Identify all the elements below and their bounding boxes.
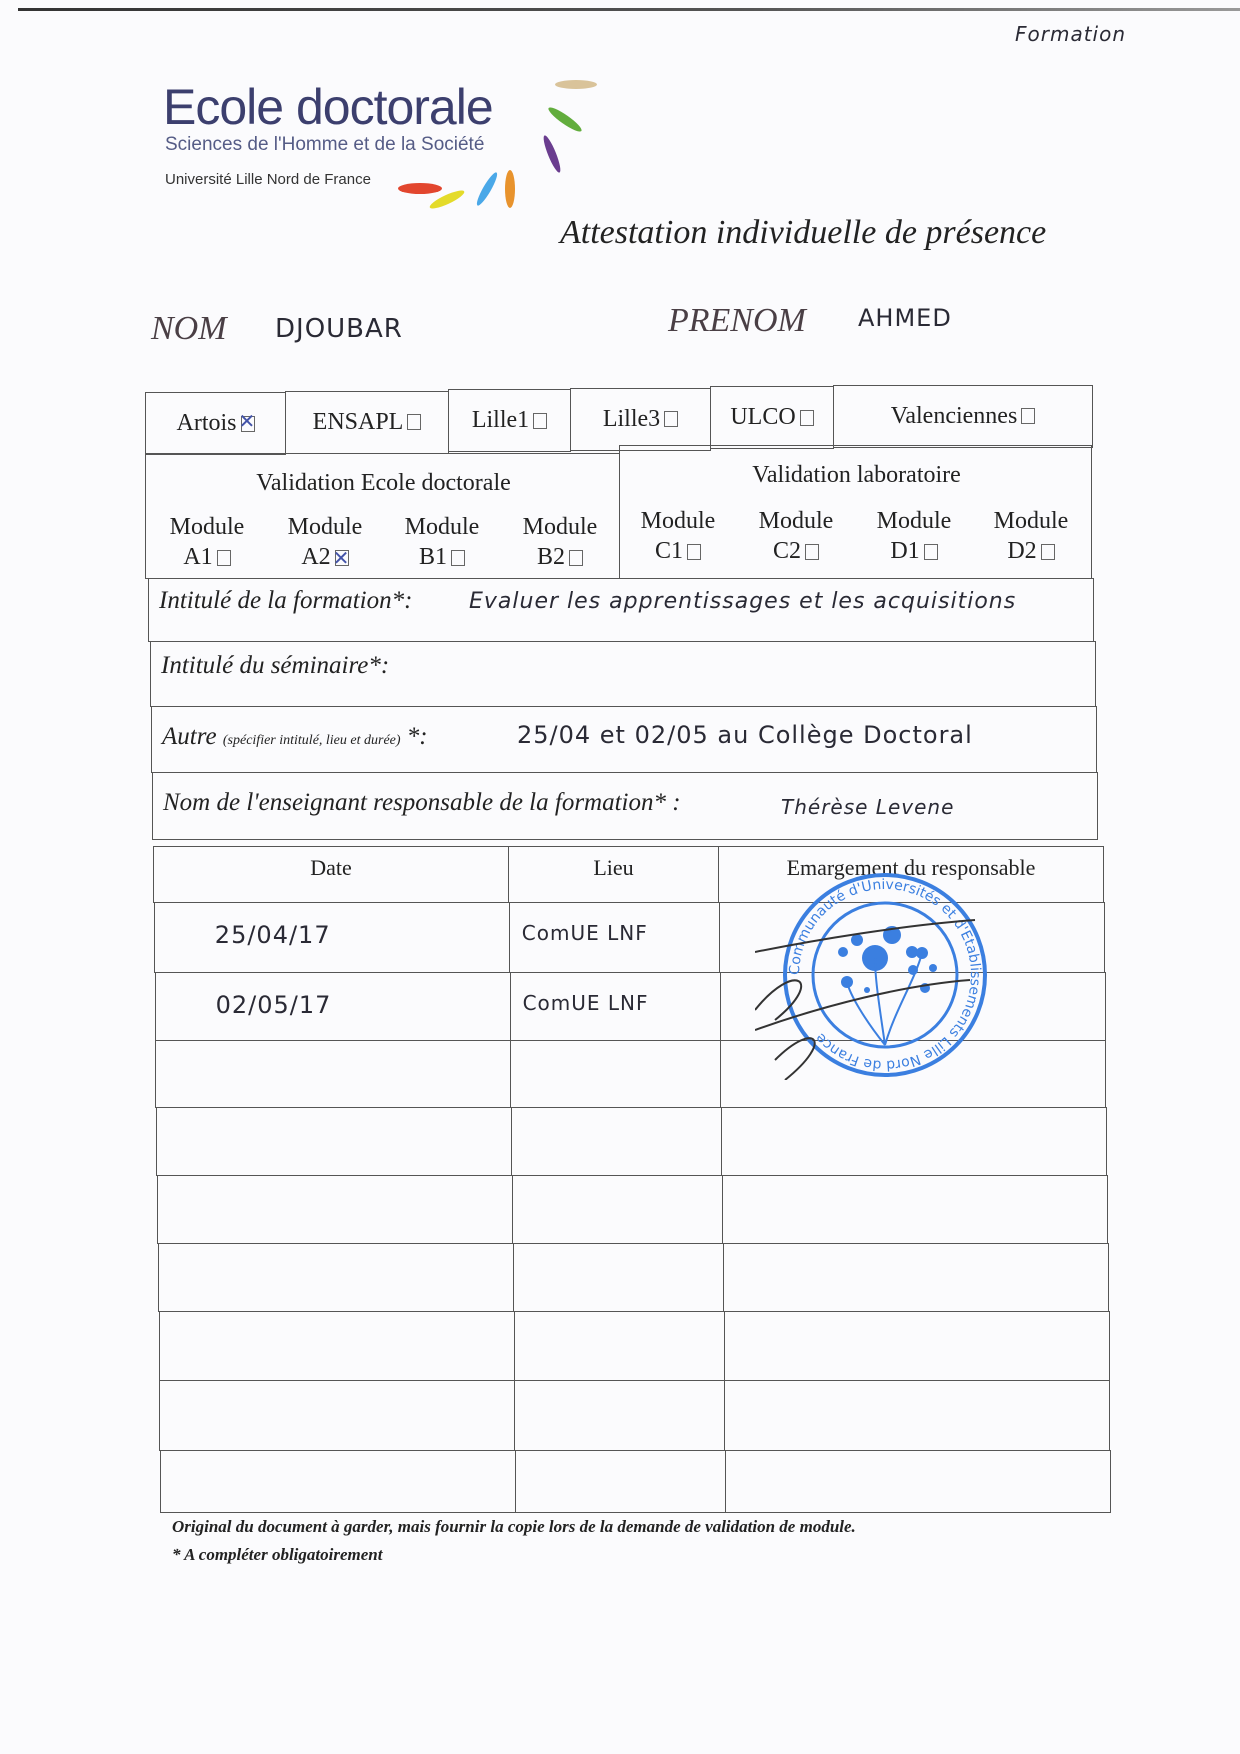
document-title: Attestation individuelle de présence bbox=[560, 214, 1046, 252]
logo-subtitle: Sciences de l'Homme et de la Société bbox=[165, 134, 484, 156]
university-label: Lille3 bbox=[603, 406, 660, 433]
module-code: D2 bbox=[1007, 538, 1036, 564]
attendance-sign-cell[interactable] bbox=[723, 1243, 1109, 1312]
attendance-date: 02/05/17 bbox=[216, 991, 332, 1019]
university-label: Artois bbox=[177, 410, 237, 437]
attendance-sign-cell[interactable] bbox=[724, 1380, 1110, 1451]
attendance-sign-cell[interactable] bbox=[725, 1450, 1111, 1513]
formation-value[interactable]: Evaluer les apprentissages et les acquis… bbox=[469, 589, 1016, 614]
module-word: Module bbox=[392, 512, 492, 542]
module-word: Module bbox=[510, 512, 610, 542]
checkbox[interactable] bbox=[687, 544, 701, 560]
attendance-lieu-cell[interactable]: ComUE LNF bbox=[509, 902, 720, 973]
formation-row: Intitulé de la formation*: Evaluer les a… bbox=[148, 578, 1094, 642]
checkbox[interactable] bbox=[1041, 544, 1055, 560]
attendance-sign-cell[interactable] bbox=[721, 1107, 1107, 1176]
university-label: ULCO bbox=[730, 404, 795, 431]
attendance-lieu: ComUE LNF bbox=[522, 921, 648, 945]
checkbox[interactable] bbox=[335, 550, 349, 566]
university-option-lille3[interactable]: Lille3 bbox=[570, 388, 711, 451]
attendance-lieu-cell[interactable] bbox=[514, 1311, 725, 1381]
seminaire-row: Intitulé du séminaire*: bbox=[150, 641, 1096, 707]
attendance-lieu-cell[interactable] bbox=[513, 1243, 724, 1312]
attendance-lieu: ComUE LNF bbox=[523, 991, 649, 1015]
attendance-lieu-cell[interactable] bbox=[510, 1040, 721, 1108]
module-b1[interactable]: ModuleB1 bbox=[392, 512, 492, 572]
module-code: B2 bbox=[537, 544, 565, 570]
scan-edge bbox=[18, 8, 1240, 11]
attendance-lieu-cell[interactable] bbox=[514, 1380, 725, 1451]
attendance-header-0: Date bbox=[153, 846, 509, 903]
university-option-ulco[interactable]: ULCO bbox=[710, 386, 834, 449]
checkbox[interactable] bbox=[217, 550, 231, 566]
validation-labo-label: Validation laboratoire bbox=[620, 462, 1093, 489]
module-b2[interactable]: ModuleB2 bbox=[510, 512, 610, 572]
attendance-lieu-cell[interactable] bbox=[515, 1450, 726, 1513]
module-word: Module bbox=[746, 506, 846, 536]
footer-note: Original du document à garder, mais four… bbox=[172, 1517, 856, 1537]
attendance-date-cell[interactable]: 02/05/17 bbox=[155, 972, 511, 1041]
attendance-date-cell[interactable]: 25/04/17 bbox=[154, 902, 510, 973]
footer-required-note: * A compléter obligatoirement bbox=[172, 1545, 382, 1565]
checkbox[interactable] bbox=[451, 550, 465, 566]
attendance-date: 25/04/17 bbox=[215, 921, 331, 949]
module-d2[interactable]: ModuleD2 bbox=[981, 506, 1081, 566]
attendance-date-cell[interactable] bbox=[156, 1107, 512, 1176]
module-word: Module bbox=[628, 506, 728, 536]
attendance-sign-cell[interactable] bbox=[724, 1311, 1110, 1381]
attendance-lieu-cell[interactable] bbox=[512, 1175, 723, 1244]
attendance-lieu-cell[interactable] bbox=[511, 1107, 722, 1176]
attendance-date-cell[interactable] bbox=[159, 1380, 515, 1451]
module-word: Module bbox=[864, 506, 964, 536]
prenom-value[interactable]: AHMED bbox=[858, 304, 952, 332]
university-option-ensapl[interactable]: ENSAPL bbox=[285, 391, 449, 454]
checkbox[interactable] bbox=[241, 416, 255, 432]
attendance-date-cell[interactable] bbox=[155, 1040, 511, 1108]
autre-hint: (spécifier intitulé, lieu et durée) bbox=[223, 733, 401, 748]
module-a2[interactable]: ModuleA2 bbox=[275, 512, 375, 572]
university-option-valenciennes[interactable]: Valenciennes bbox=[833, 385, 1093, 448]
university-option-artois[interactable]: Artois bbox=[145, 392, 286, 455]
attendance-sign-cell[interactable] bbox=[722, 1175, 1108, 1244]
enseignant-label: Nom de l'enseignant responsable de la fo… bbox=[163, 789, 681, 817]
formation-label: Intitulé de la formation*: bbox=[159, 587, 412, 615]
stamp-icon: Communauté d'Universités et d'Etablissem… bbox=[755, 870, 1015, 1080]
module-c2[interactable]: ModuleC2 bbox=[746, 506, 846, 566]
attendance-header-1: Lieu bbox=[508, 846, 719, 903]
autre-row: Autre (spécifier intitulé, lieu et durée… bbox=[151, 706, 1097, 773]
checkbox[interactable] bbox=[1021, 408, 1035, 424]
university-label: Lille1 bbox=[472, 407, 529, 434]
attendance-date-cell[interactable] bbox=[158, 1243, 514, 1312]
attendance-date-cell[interactable] bbox=[160, 1450, 516, 1513]
logo-university: Université Lille Nord de France bbox=[165, 171, 371, 188]
module-c1[interactable]: ModuleC1 bbox=[628, 506, 728, 566]
module-word: Module bbox=[157, 512, 257, 542]
logo-title: Ecole doctorale bbox=[163, 78, 493, 136]
autre-label-group: Autre (spécifier intitulé, lieu et durée… bbox=[162, 723, 428, 751]
module-a1[interactable]: ModuleA1 bbox=[157, 512, 257, 572]
column-header: Date bbox=[154, 855, 508, 881]
module-code: B1 bbox=[419, 544, 447, 570]
enseignant-row: Nom de l'enseignant responsable de la fo… bbox=[152, 772, 1098, 840]
checkbox[interactable] bbox=[800, 410, 814, 426]
seminaire-label: Intitulé du séminaire*: bbox=[161, 652, 389, 680]
checkbox[interactable] bbox=[407, 414, 421, 430]
checkbox[interactable] bbox=[533, 413, 547, 429]
module-code: D1 bbox=[890, 538, 919, 564]
enseignant-value[interactable]: Thérèse Levene bbox=[781, 795, 954, 819]
corner-note: Formation bbox=[1015, 22, 1126, 46]
checkbox[interactable] bbox=[805, 544, 819, 560]
checkbox[interactable] bbox=[664, 411, 678, 427]
nom-label: NOM bbox=[151, 310, 227, 348]
attendance-date-cell[interactable] bbox=[159, 1311, 515, 1381]
module-code: A2 bbox=[301, 544, 330, 570]
validation-ecole-label: Validation Ecole doctorale bbox=[146, 470, 621, 497]
column-header: Lieu bbox=[509, 855, 718, 881]
module-d1[interactable]: ModuleD1 bbox=[864, 506, 964, 566]
attendance-lieu-cell[interactable]: ComUE LNF bbox=[510, 972, 721, 1041]
university-option-lille1[interactable]: Lille1 bbox=[448, 389, 571, 452]
attendance-date-cell[interactable] bbox=[157, 1175, 513, 1244]
autre-value[interactable]: 25/04 et 02/05 au Collège Doctoral bbox=[517, 721, 973, 749]
nom-value[interactable]: DJOUBAR bbox=[275, 314, 403, 344]
autre-label: Autre bbox=[162, 723, 217, 750]
university-label: Valenciennes bbox=[891, 403, 1018, 430]
module-code: C2 bbox=[773, 538, 801, 564]
module-code: C1 bbox=[655, 538, 683, 564]
module-code: A1 bbox=[183, 544, 212, 570]
prenom-label: PRENOM bbox=[668, 302, 806, 340]
university-label: ENSAPL bbox=[313, 409, 404, 436]
checkbox[interactable] bbox=[569, 550, 583, 566]
autre-star: *: bbox=[407, 723, 428, 750]
module-word: Module bbox=[275, 512, 375, 542]
checkbox[interactable] bbox=[924, 544, 938, 560]
module-word: Module bbox=[981, 506, 1081, 536]
